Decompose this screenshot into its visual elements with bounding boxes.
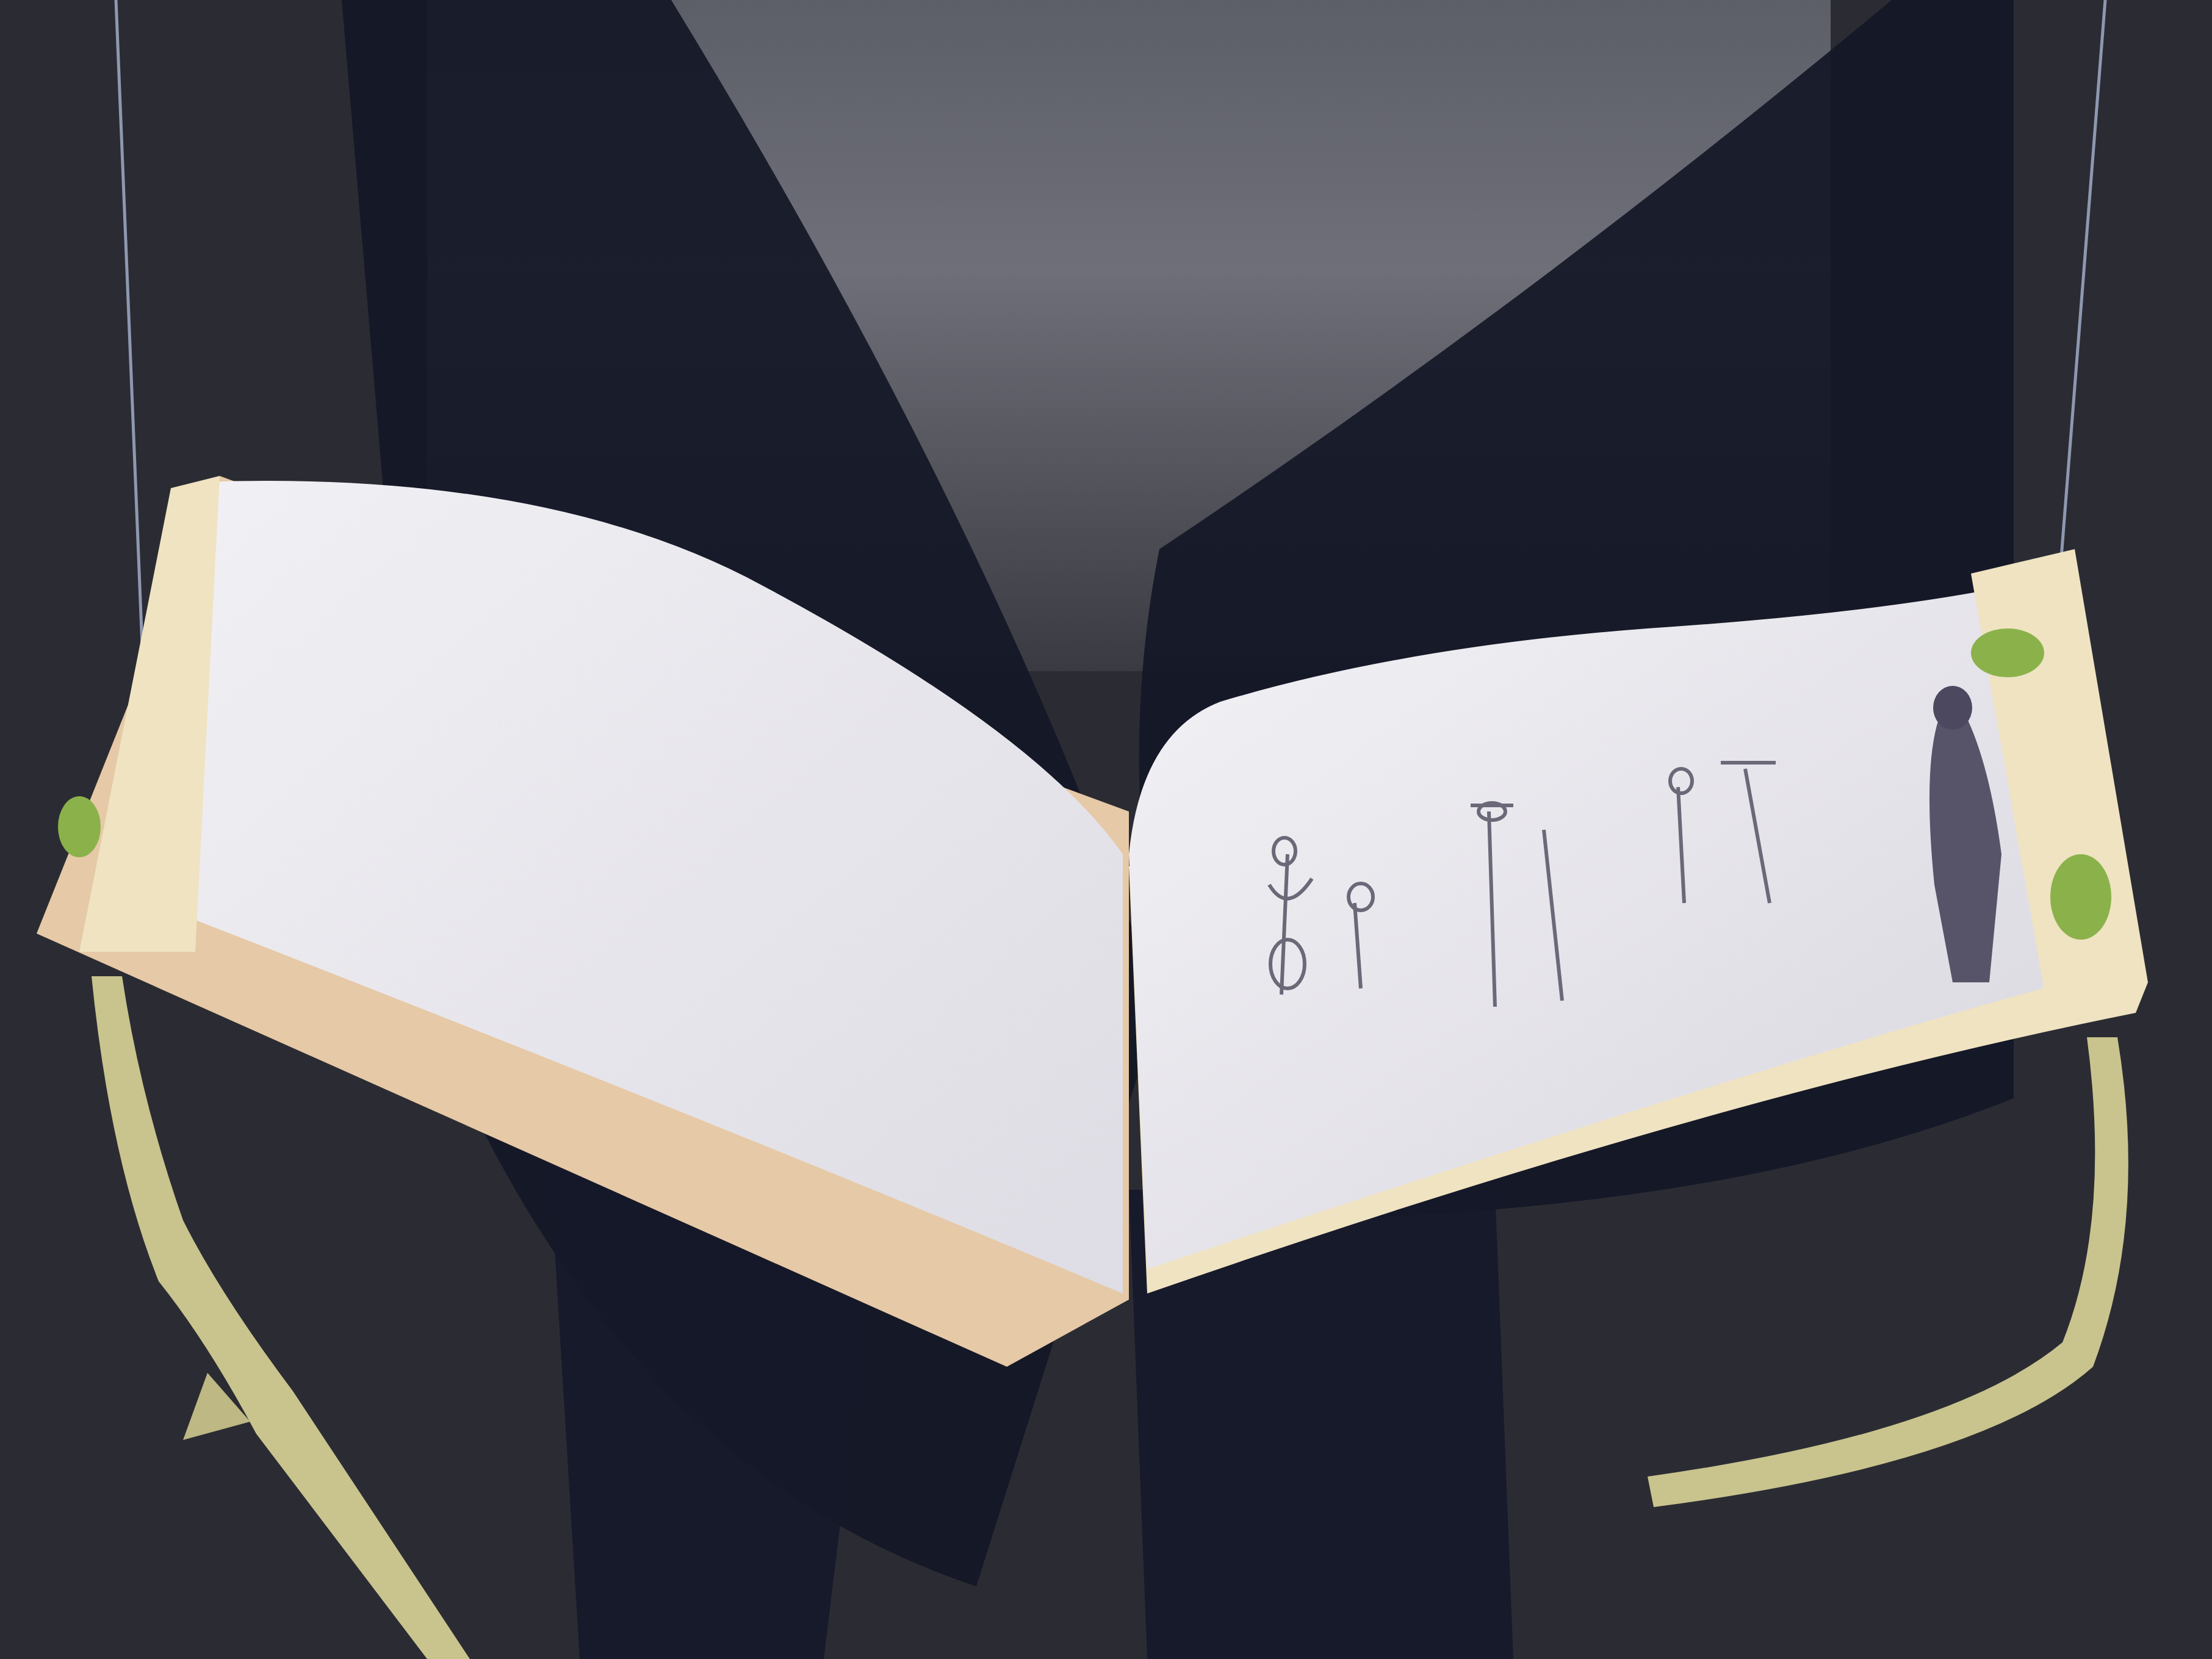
sketch-figure-head [1933, 686, 1972, 730]
leaf-marker-right-top [1971, 628, 2044, 677]
leaf-marker-right-bottom [2050, 854, 2111, 940]
sketchbook-photo [0, 0, 2212, 1659]
photo-scene [0, 0, 2212, 1659]
leaf-marker-left [58, 796, 101, 857]
